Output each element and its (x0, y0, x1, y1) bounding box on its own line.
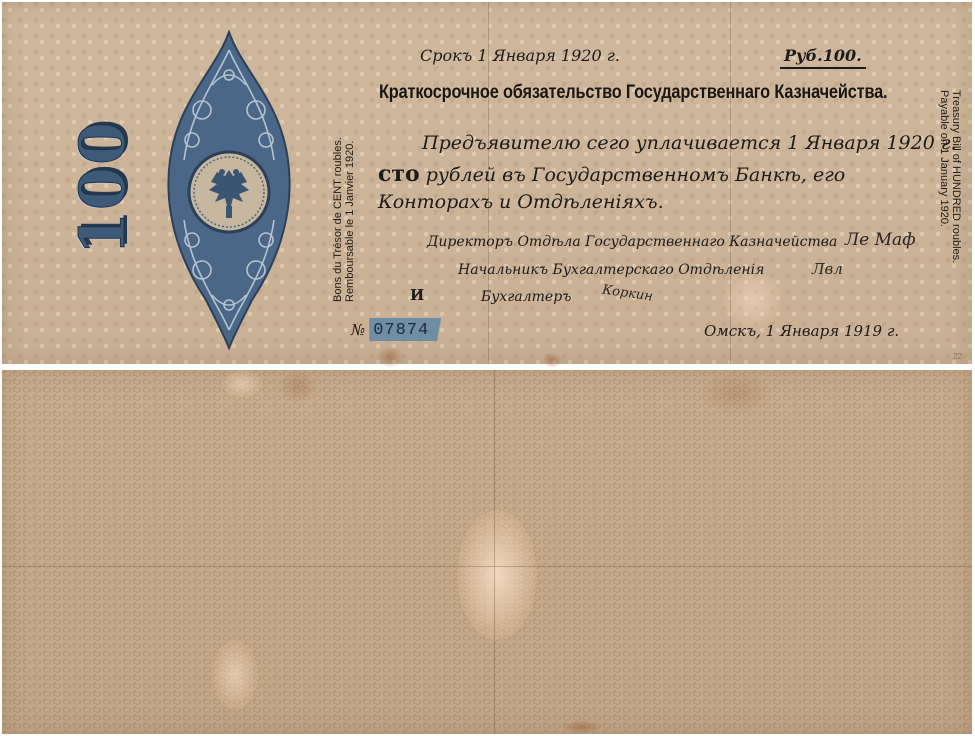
denomination-numeral: 100 (68, 122, 138, 252)
stain (222, 370, 262, 398)
english-line-1: Treasury Bill of HUNDRED roubles. (950, 90, 962, 263)
signature-director: Ле Маф (845, 230, 916, 250)
fold-line (494, 370, 495, 734)
place-date: Омскъ, 1 Января 1919 г. (704, 322, 899, 340)
body-line-2-rest: рублей въ Государственномъ Банкѣ, его (426, 164, 846, 186)
stain (278, 370, 318, 404)
amount-word: сто (378, 161, 420, 187)
term-line: Срокъ 1 Января 1920 г. (420, 46, 620, 65)
banknote-back (2, 370, 972, 734)
french-side-text: Bons du Trésor de CENT roubles. Rembours… (332, 137, 356, 302)
signature-chief: Лвл (812, 260, 843, 278)
amount-box: Руб.100. (780, 46, 866, 69)
stain (376, 346, 404, 368)
fold-line (2, 566, 972, 567)
eagle-ornament-icon (162, 30, 297, 350)
denomination-text: 100 (67, 119, 140, 254)
body-line-1: Предъявителю сего уплачивается 1 Января … (422, 132, 957, 154)
banknote-front: 100 Bons du Trésor de CENT roubles. Remb… (2, 2, 972, 364)
french-line-1: Bons du Trésor de CENT roubles. (332, 137, 344, 302)
serial-band: 07874 (369, 318, 441, 341)
stain (698, 372, 774, 416)
signature-accountant: Коркин (601, 283, 654, 305)
signatory-director-title: Директоръ Отдѣла Государственнаго Казнач… (427, 234, 837, 250)
stain (722, 270, 782, 330)
stain (542, 352, 562, 368)
stain (457, 510, 537, 640)
english-line-2: Payable on 1 January 1920. (938, 90, 950, 263)
english-side-text: Treasury Bill of HUNDRED roubles. Payabl… (938, 90, 962, 263)
serial-number: № 07874 (351, 318, 441, 341)
signatory-chief-title: Начальникъ Бухгалтерскаго Отдѣленія (458, 262, 764, 278)
french-line-2: Remboursable le 1 Janvier 1920. (344, 137, 356, 302)
numero-sign: № (351, 321, 365, 339)
stain (562, 720, 602, 734)
corner-mark: 22 (953, 352, 962, 361)
stain (212, 640, 258, 710)
body-line-3: Конторахъ и Отдѣленіяхъ. (378, 191, 664, 213)
series-letter: И (410, 286, 424, 304)
body-line-2: сторублей въ Государственномъ Банкѣ, его (378, 161, 845, 187)
signatory-accountant-title: Бухгалтеръ (481, 289, 572, 305)
serial-value: 07874 (373, 321, 429, 340)
note-title: Краткосрочное обязательство Государствен… (379, 82, 887, 104)
